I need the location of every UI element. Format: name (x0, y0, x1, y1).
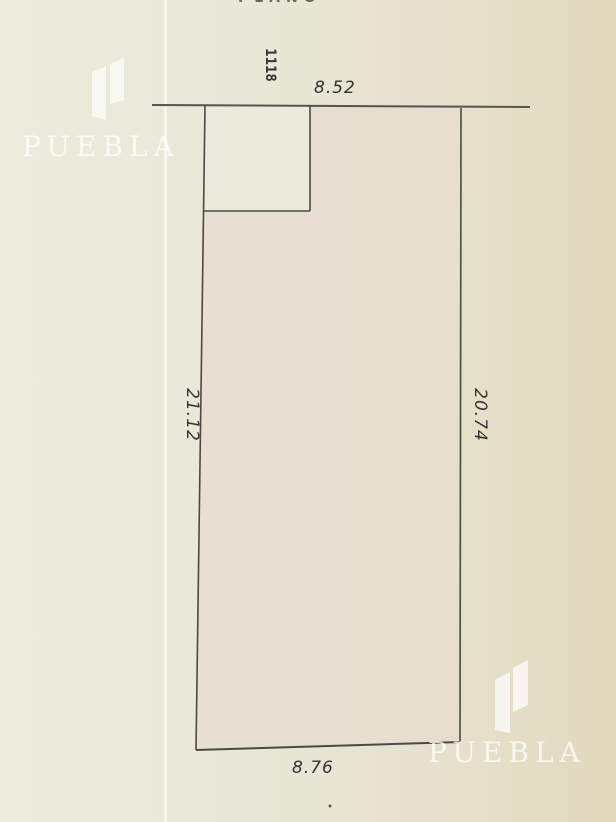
watermark-logo-top (92, 58, 124, 120)
dimension-right: 20.74 (470, 388, 490, 442)
dimension-bottom: 8.76 (292, 758, 334, 778)
lot-plan-drawing (0, 0, 616, 822)
dimension-left: 21.12 (182, 388, 202, 442)
ink-dot (329, 805, 332, 808)
watermark-text-top: PUEBLA (22, 130, 180, 163)
right-boundary (460, 108, 461, 742)
watermark-logo-bottom (495, 660, 528, 733)
sub-lot-area (204, 106, 310, 211)
watermark-text-bottom: PUEBLA (428, 736, 586, 769)
lot-number-label: 1118 (262, 48, 278, 82)
dimension-top: 8.52 (314, 78, 356, 98)
